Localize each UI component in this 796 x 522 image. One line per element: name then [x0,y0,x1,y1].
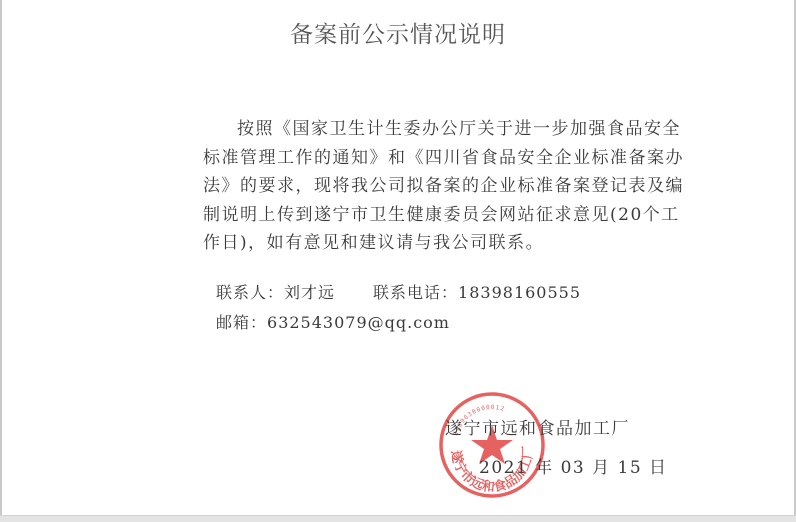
contact-person-label: 联系人： [216,283,284,302]
bottom-edge [0,515,796,522]
signature-date: 2021 年 03 月 15 日 [445,453,668,478]
contact-block: 联系人：刘才远联系电话：18398160555 邮箱：632543079@qq.… [216,278,581,338]
paragraph-line: 标准管理工作的通知》和《四川省食品安全企业标准备案办 [203,144,603,173]
contact-email-row: 邮箱：632543079@qq.com [216,308,581,338]
contact-email: 632543079@qq.com [267,313,450,332]
paragraph-line: 法》的要求，现将我公司拟备案的企业标准备案登记表及编 [203,172,603,201]
contact-phone: 18398160555 [458,283,581,302]
document-page [0,0,796,522]
paragraph-line: 作日)，如有意见和建议请与我公司联系。 [203,229,603,258]
contact-email-label: 邮箱： [216,313,267,332]
paragraph-line: 制说明上传到遂宁市卫生健康委员会网站征求意见(20个工 [203,201,603,230]
signature-company: 遂宁市远和食品加工厂 [445,414,668,439]
contact-person-name: 刘才远 [284,283,335,302]
contact-phone-label: 联系电话： [373,283,458,302]
body-paragraph: 按照《国家卫生计生委办公厅关于进一步加强食品安全 标准管理工作的通知》和《四川省… [203,115,603,258]
paragraph-line: 按照《国家卫生计生委办公厅关于进一步加强食品安全 [203,115,603,144]
page-title: 备案前公示情况说明 [0,16,796,49]
contact-person-row: 联系人：刘才远联系电话：18398160555 [216,278,581,308]
signature-block: 遂宁市远和食品加工厂 2021 年 03 月 15 日 [445,414,668,478]
